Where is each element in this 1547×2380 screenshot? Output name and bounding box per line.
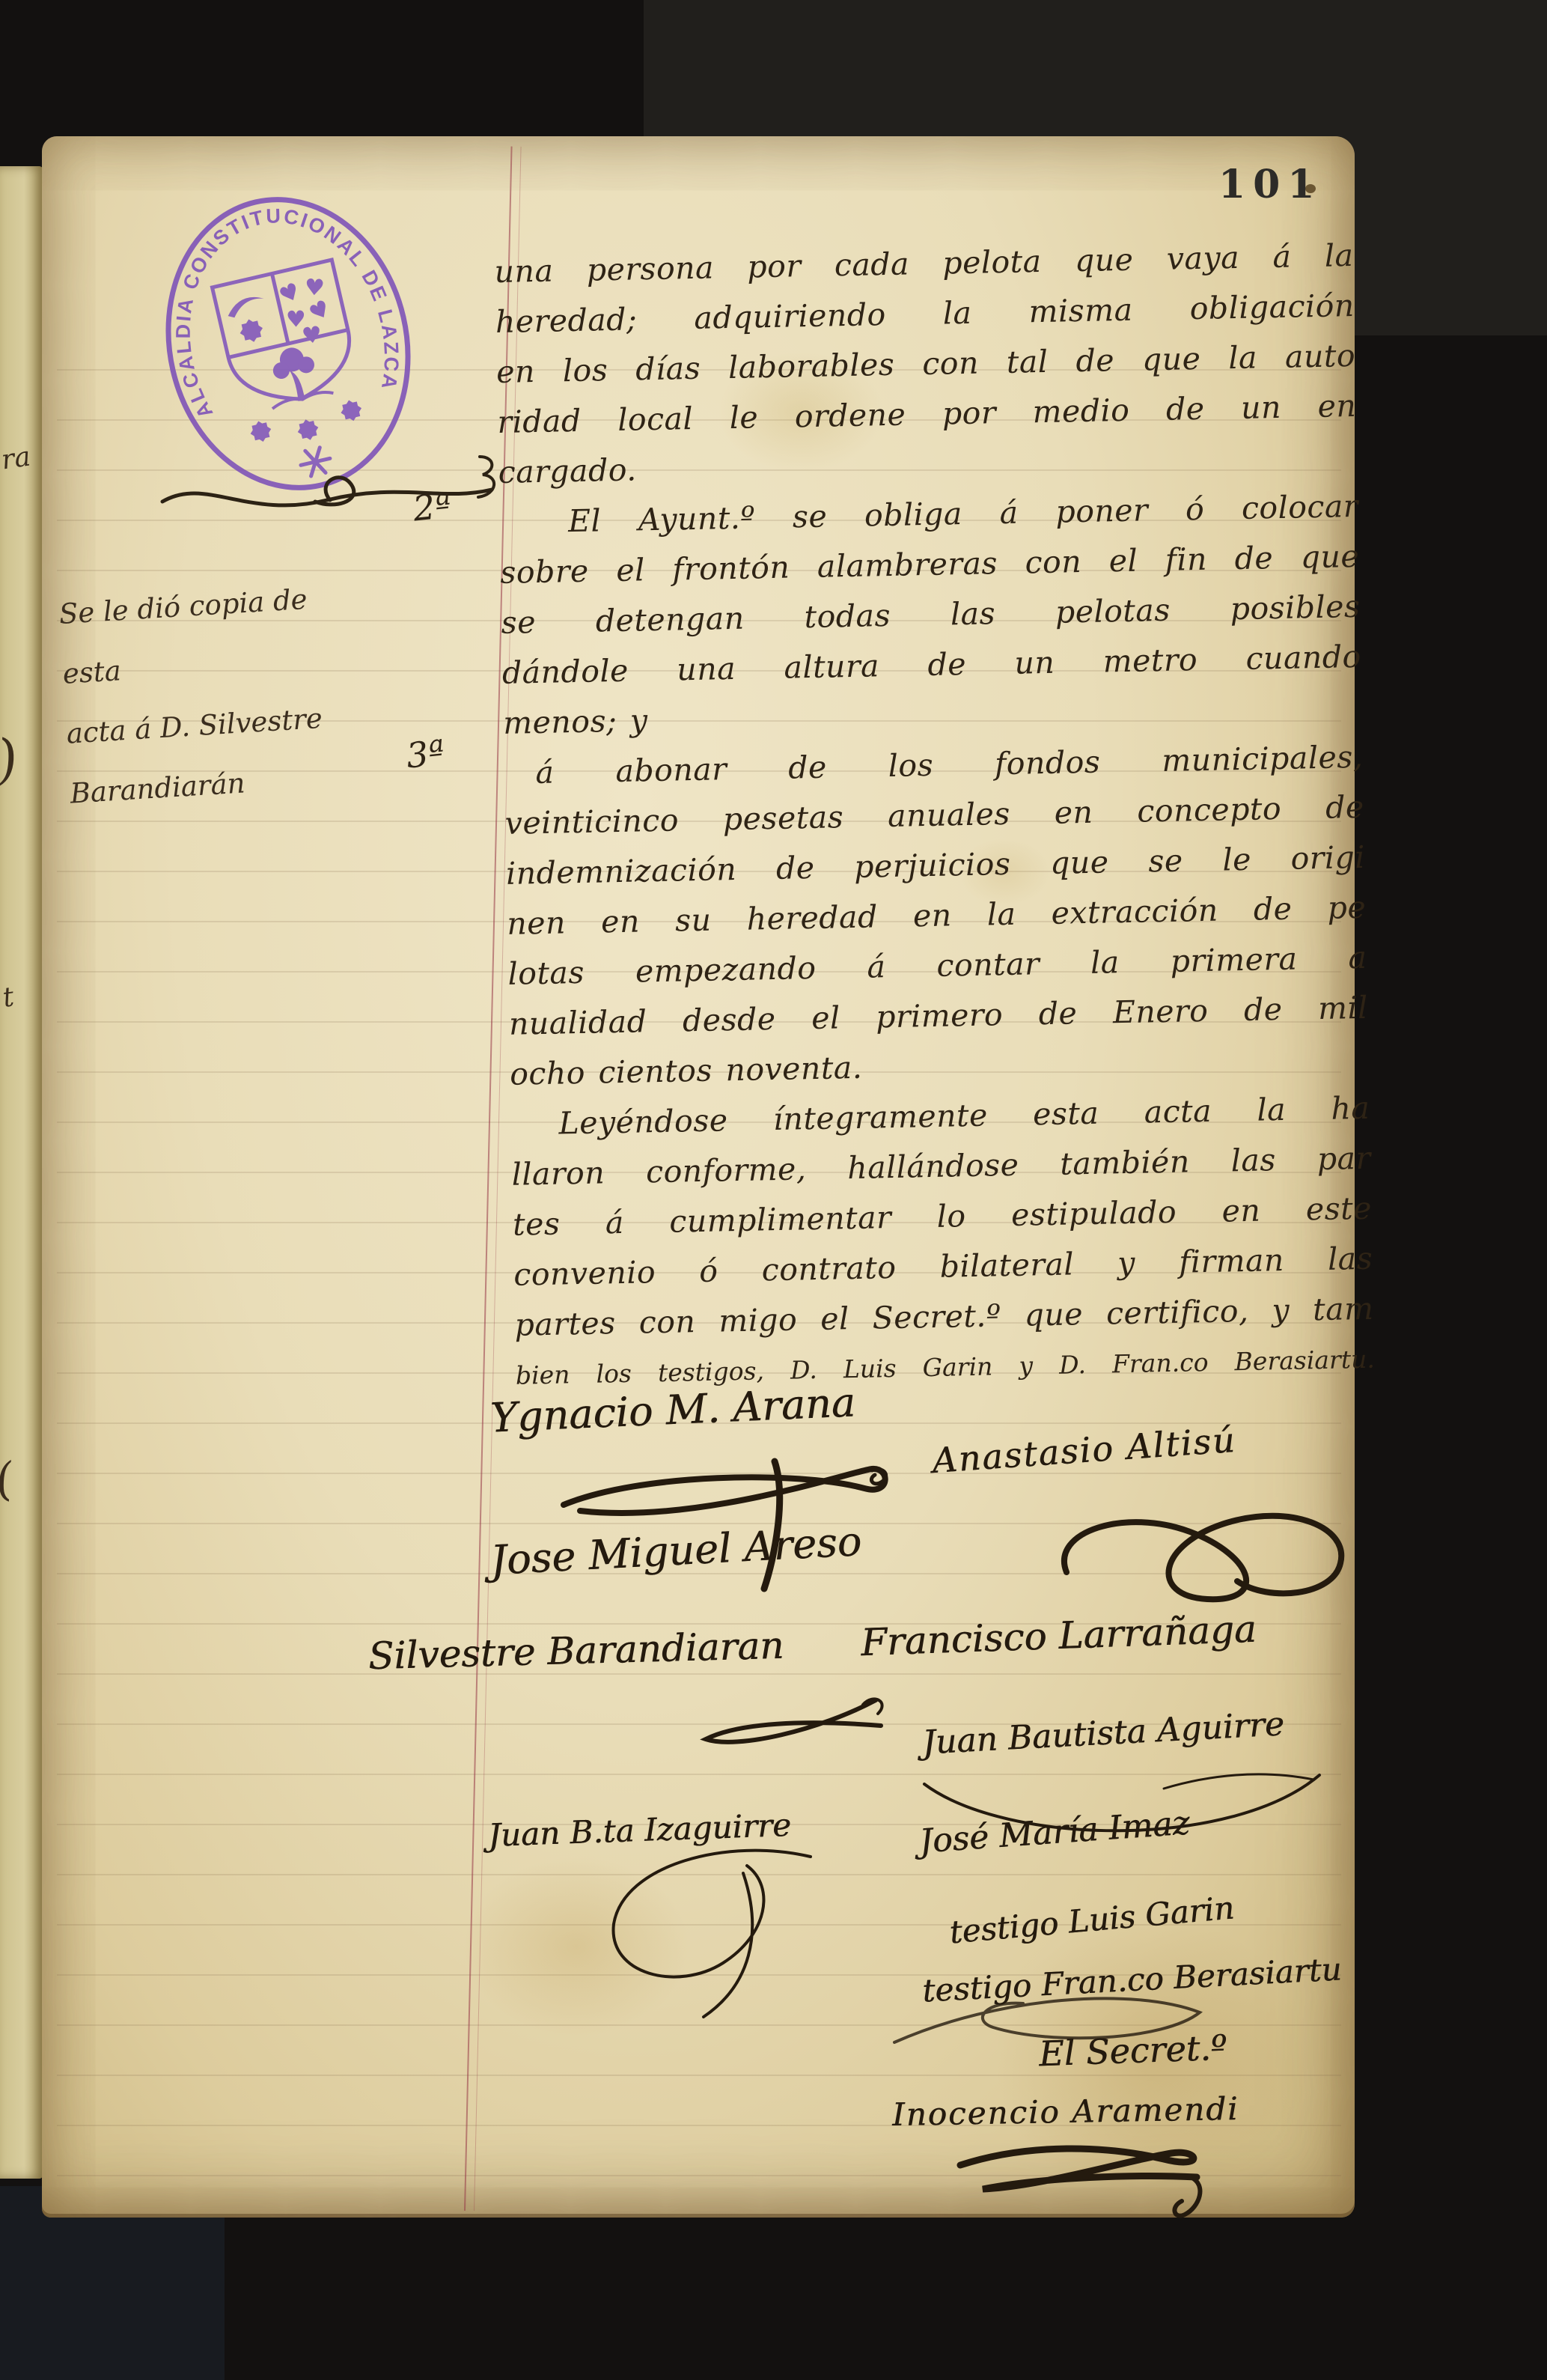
clause-marker-3: 3ª bbox=[404, 731, 446, 776]
eight-point-star-icon bbox=[237, 317, 265, 344]
previous-page-edge: ra ) t ( bbox=[0, 166, 43, 2179]
flourish-loop bbox=[1044, 1497, 1366, 1617]
signature-secretary-title: El Secret.º bbox=[1038, 2027, 1227, 2075]
flourish-beak bbox=[692, 1687, 894, 1762]
heart-icon: ♥ bbox=[300, 321, 323, 350]
star-row bbox=[248, 398, 365, 453]
clause-marker-2: 2ª bbox=[411, 484, 453, 529]
signature-aramendi: Inocencio Aramendi bbox=[892, 2090, 1239, 2133]
ink-fragment: ( bbox=[0, 1453, 16, 1508]
tree-icon bbox=[260, 341, 333, 409]
scanned-document-page: ra ) t ( 101 ALCALDIA CONSTITUCIONAL DE … bbox=[0, 0, 1547, 2380]
flourish-izaguirre-loop bbox=[590, 1843, 844, 2027]
flourish-stamp-rubric bbox=[153, 446, 513, 529]
flourish-final-rubric bbox=[939, 2134, 1231, 2220]
margin-note-line: Se le dió copia de esta bbox=[58, 565, 379, 704]
ink-fragment: t bbox=[1, 981, 16, 1014]
ink-fragment: ra bbox=[0, 442, 32, 476]
body-text: una persona por cada pelota que vaya á l… bbox=[494, 231, 1375, 1401]
ink-fragment: ) bbox=[0, 726, 22, 790]
stamp-arc-text: ALCALDIA CONSTITUCIONAL DE LAZCANO bbox=[91, 143, 414, 451]
crescent-icon bbox=[225, 294, 267, 319]
folio-number: 101 bbox=[1218, 162, 1322, 207]
margin-note: Se le dió copia de esta acta á D. Silves… bbox=[58, 565, 386, 824]
svg-text:ALCALDIA CONSTITUCIONAL DE LAZ: ALCALDIA CONSTITUCIONAL DE LAZCANO bbox=[91, 143, 414, 451]
